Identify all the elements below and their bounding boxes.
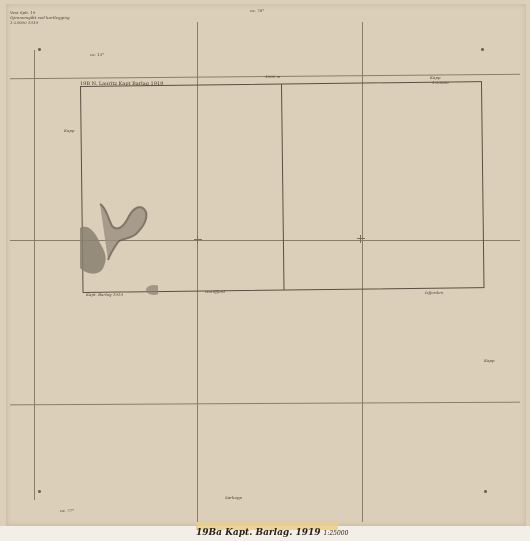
corner-note: Vest Spb. 19 Gjennomgått ved kartlegging… <box>10 10 70 25</box>
marker <box>481 48 484 51</box>
marker <box>38 48 41 51</box>
grid-cross <box>357 235 365 243</box>
label: 1000 m <box>265 74 280 79</box>
label: Kapp <box>64 128 75 133</box>
label: Isfjorden <box>425 290 443 295</box>
map-sheet: 19B N. Lauritz Kapt Barlag 1919 Vest Spb… <box>0 0 530 541</box>
sheet-scale: 1:25000 <box>324 530 349 537</box>
marker <box>38 490 41 493</box>
label: Kapt. Barlag 1919 <box>86 292 123 297</box>
label: 1:25000 <box>432 80 449 85</box>
frame-divider <box>281 85 285 290</box>
marker <box>484 490 487 493</box>
sheet-title-text: 19Ba Kapt. Barlag. 1919 <box>196 528 321 538</box>
coastline-terrain <box>78 198 158 303</box>
sheet-title: 19Ba Kapt. Barlag. 19191:25000 <box>196 528 348 538</box>
grid-line <box>34 50 35 500</box>
frame-title: 19B N. Lauritz Kapt Barlag 1919 <box>80 81 163 87</box>
label: Kapp <box>484 358 495 363</box>
label: ca. 78° <box>250 8 264 13</box>
label: ca. 15° <box>90 52 104 57</box>
label: Sørkapp <box>225 495 242 500</box>
label: ca. 77° <box>60 508 74 513</box>
label: Nordfjord <box>205 289 225 294</box>
grid-cross <box>194 236 202 244</box>
